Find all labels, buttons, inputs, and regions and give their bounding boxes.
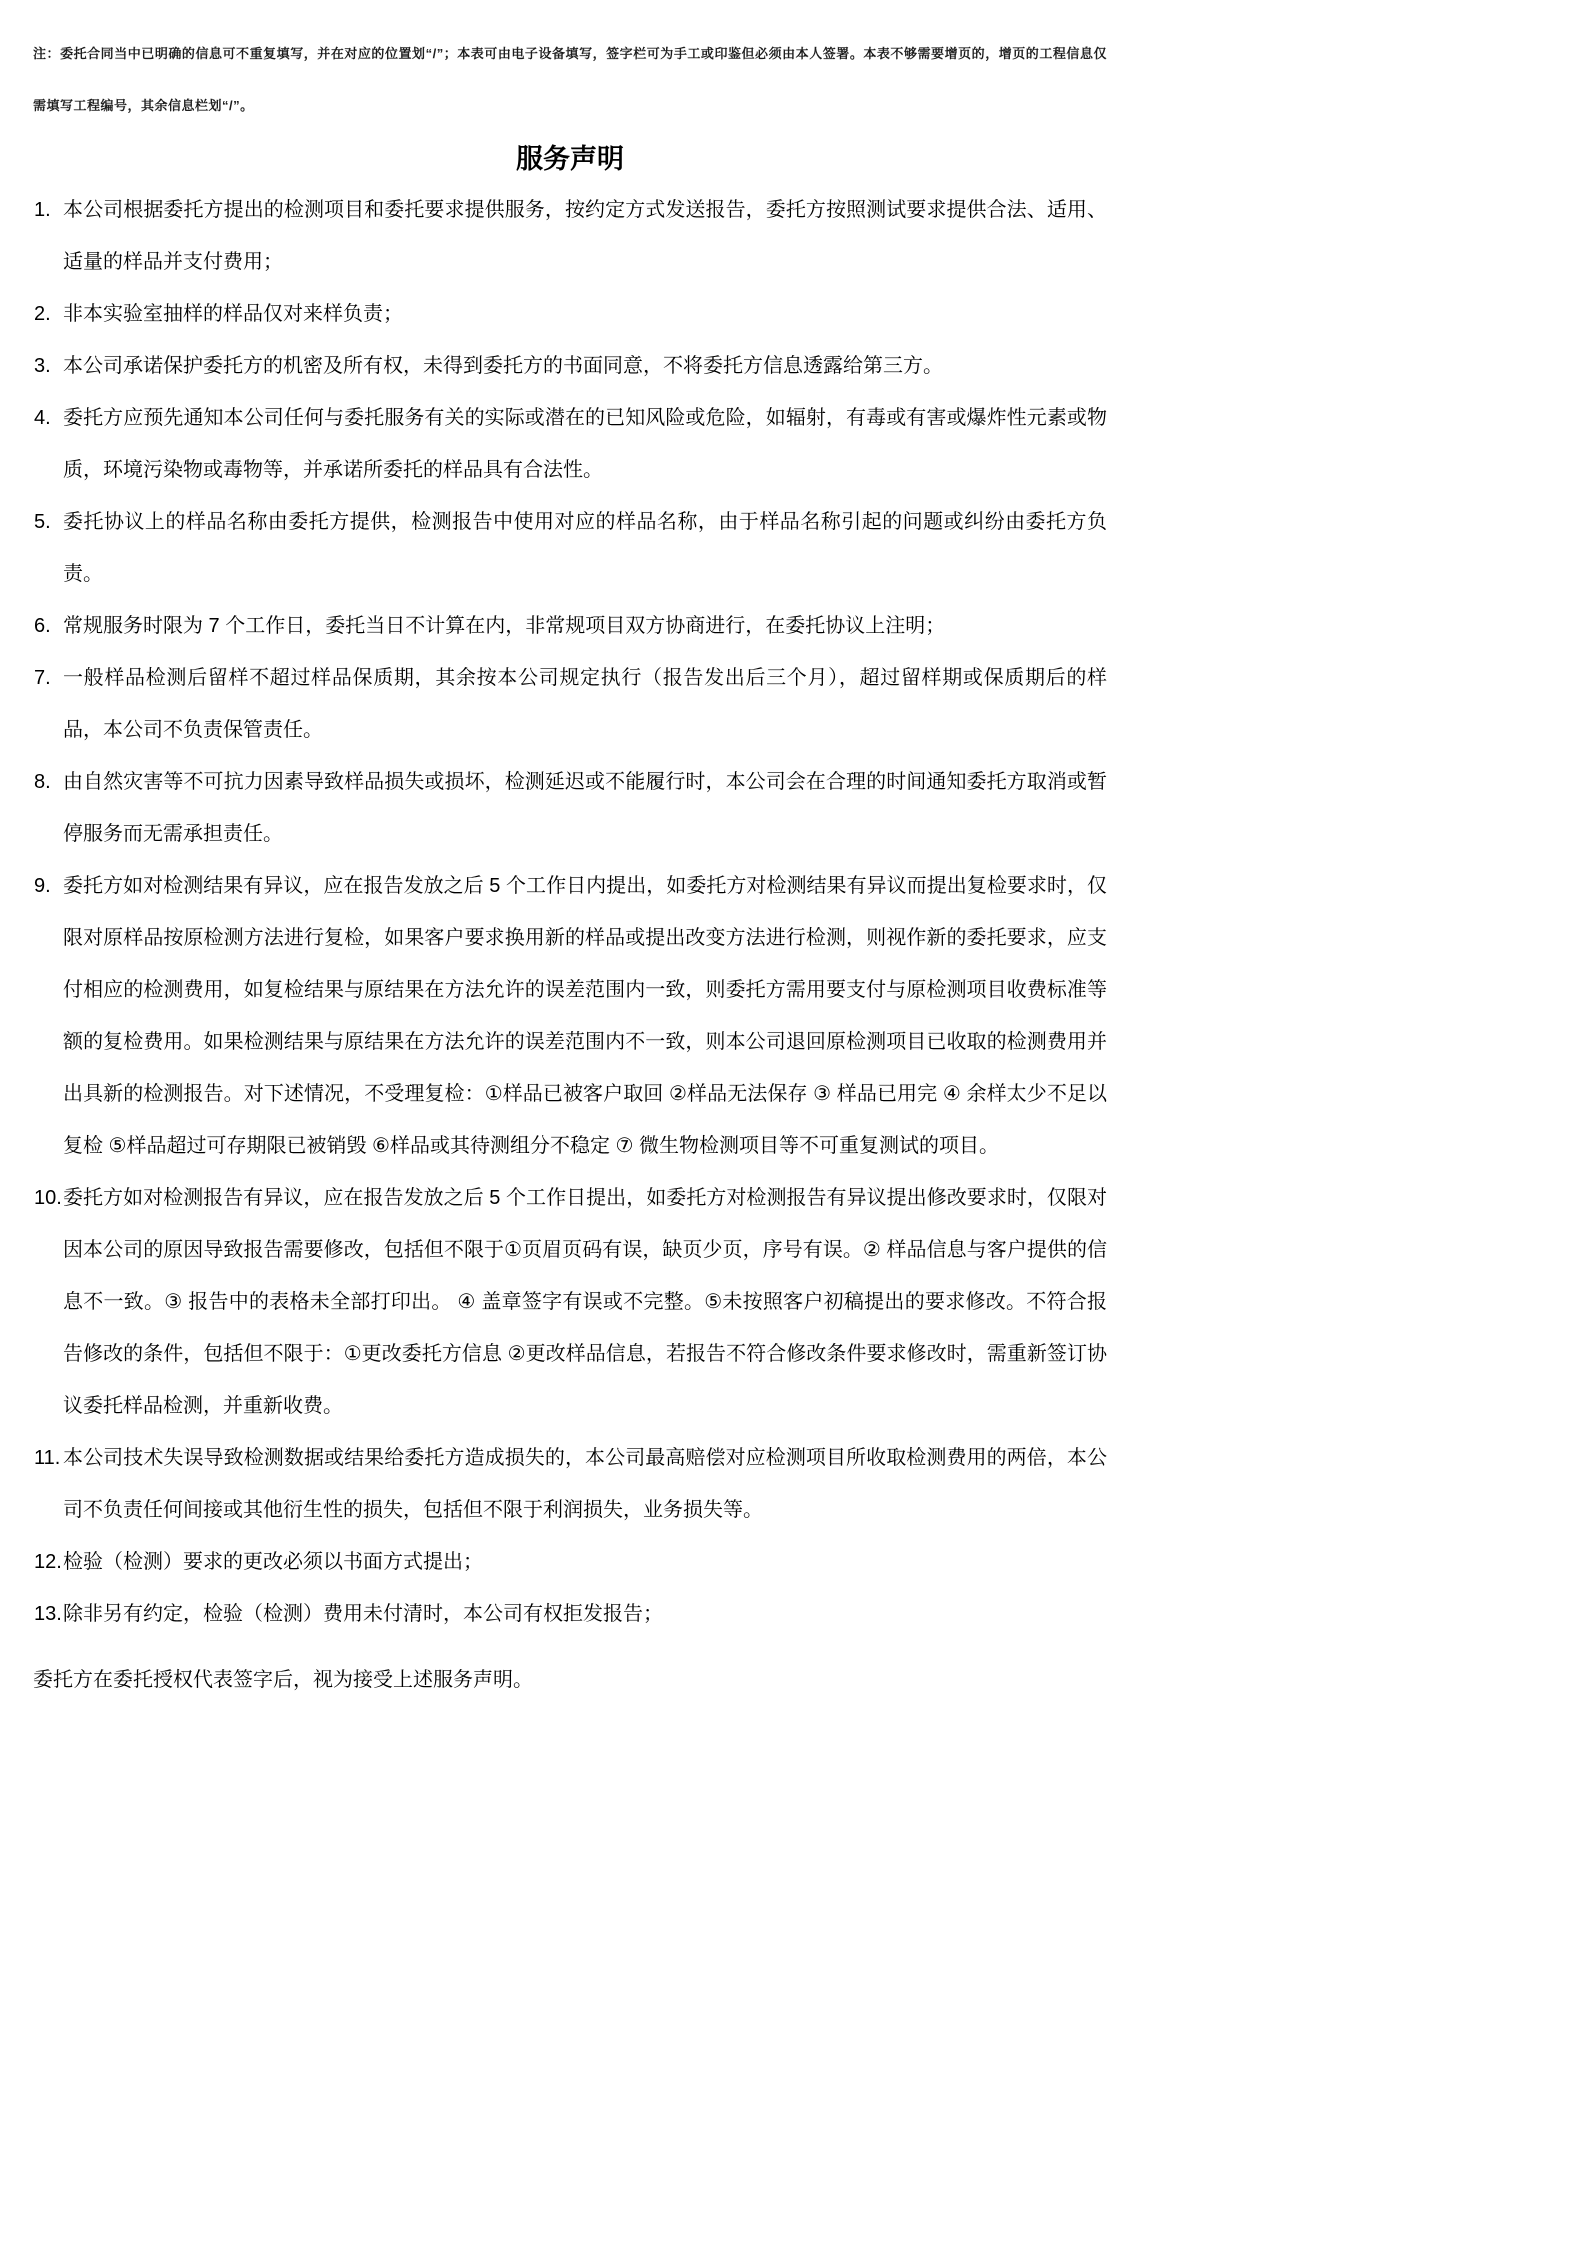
item-number: 7. — [34, 652, 63, 704]
item-number: 13. — [34, 1588, 63, 1640]
footer-statement: 委托方在委托授权代表签字后，视为接受上述服务声明。 — [33, 1654, 1107, 1706]
list-item: 8.由自然灾害等不可抗力因素导致样品损失或损坏，检测延迟或不能履行时，本公司会在… — [33, 756, 1107, 860]
item-number: 5. — [34, 496, 63, 548]
item-text: 本公司技术失误导致检测数据或结果给委托方造成损失的，本公司最高赔偿对应检测项目所… — [63, 1447, 1107, 1521]
item-text: 除非另有约定，检验（检测）费用未付清时，本公司有权拒发报告； — [63, 1603, 663, 1625]
item-number: 10. — [34, 1172, 63, 1224]
item-text: 委托协议上的样品名称由委托方提供，检测报告中使用对应的样品名称，由于样品名称引起… — [63, 511, 1107, 585]
list-item: 9.委托方如对检测结果有异议，应在报告发放之后 5 个工作日内提出，如委托方对检… — [33, 860, 1107, 1172]
document-page: 注：委托合同当中已明确的信息可不重复填写，并在对应的位置划“/”；本表可由电子设… — [0, 0, 1587, 2245]
page-title: 服务声明 — [33, 134, 1107, 184]
list-item: 6.常规服务时限为 7 个工作日，委托当日不计算在内，非常规项目双方协商进行，在… — [33, 600, 1107, 652]
list-item: 3.本公司承诺保护委托方的机密及所有权，未得到委托方的书面同意，不将委托方信息透… — [33, 340, 1107, 392]
item-text: 委托方应预先通知本公司任何与委托服务有关的实际或潜在的已知风险或危险，如辐射，有… — [63, 407, 1107, 481]
document-content: 注：委托合同当中已明确的信息可不重复填写，并在对应的位置划“/”；本表可由电子设… — [33, 28, 1107, 1706]
item-text: 检验（检测）要求的更改必须以书面方式提出； — [63, 1551, 483, 1573]
list-item: 5.委托协议上的样品名称由委托方提供，检测报告中使用对应的样品名称，由于样品名称… — [33, 496, 1107, 600]
service-items-list: 1.本公司根据委托方提出的检测项目和委托要求提供服务，按约定方式发送报告，委托方… — [33, 184, 1107, 1640]
item-text: 本公司承诺保护委托方的机密及所有权，未得到委托方的书面同意，不将委托方信息透露给… — [63, 355, 943, 377]
item-text: 委托方如对检测结果有异议，应在报告发放之后 5 个工作日内提出，如委托方对检测结… — [63, 875, 1107, 1157]
item-number: 8. — [34, 756, 63, 808]
header-note: 注：委托合同当中已明确的信息可不重复填写，并在对应的位置划“/”；本表可由电子设… — [33, 28, 1107, 132]
list-item: 1.本公司根据委托方提出的检测项目和委托要求提供服务，按约定方式发送报告，委托方… — [33, 184, 1107, 288]
item-number: 6. — [34, 600, 63, 652]
item-number: 3. — [34, 340, 63, 392]
item-text: 常规服务时限为 7 个工作日，委托当日不计算在内，非常规项目双方协商进行，在委托… — [63, 615, 945, 637]
item-text: 本公司根据委托方提出的检测项目和委托要求提供服务，按约定方式发送报告，委托方按照… — [63, 199, 1107, 273]
item-number: 11. — [34, 1432, 63, 1484]
item-text: 由自然灾害等不可抗力因素导致样品损失或损坏，检测延迟或不能履行时，本公司会在合理… — [63, 771, 1107, 845]
item-text: 一般样品检测后留样不超过样品保质期，其余按本公司规定执行（报告发出后三个月），超… — [63, 667, 1107, 741]
item-text: 非本实验室抽样的样品仅对来样负责； — [63, 303, 403, 325]
item-number: 2. — [34, 288, 63, 340]
list-item: 2.非本实验室抽样的样品仅对来样负责； — [33, 288, 1107, 340]
item-number: 12. — [34, 1536, 63, 1588]
item-number: 1. — [34, 184, 63, 236]
list-item: 4.委托方应预先通知本公司任何与委托服务有关的实际或潜在的已知风险或危险，如辐射… — [33, 392, 1107, 496]
list-item: 12.检验（检测）要求的更改必须以书面方式提出； — [33, 1536, 1107, 1588]
item-text: 委托方如对检测报告有异议，应在报告发放之后 5 个工作日提出，如委托方对检测报告… — [63, 1187, 1107, 1417]
list-item: 13.除非另有约定，检验（检测）费用未付清时，本公司有权拒发报告； — [33, 1588, 1107, 1640]
list-item: 10.委托方如对检测报告有异议，应在报告发放之后 5 个工作日提出，如委托方对检… — [33, 1172, 1107, 1432]
list-item: 7.一般样品检测后留样不超过样品保质期，其余按本公司规定执行（报告发出后三个月）… — [33, 652, 1107, 756]
item-number: 4. — [34, 392, 63, 444]
list-item: 11.本公司技术失误导致检测数据或结果给委托方造成损失的，本公司最高赔偿对应检测… — [33, 1432, 1107, 1536]
item-number: 9. — [34, 860, 63, 912]
